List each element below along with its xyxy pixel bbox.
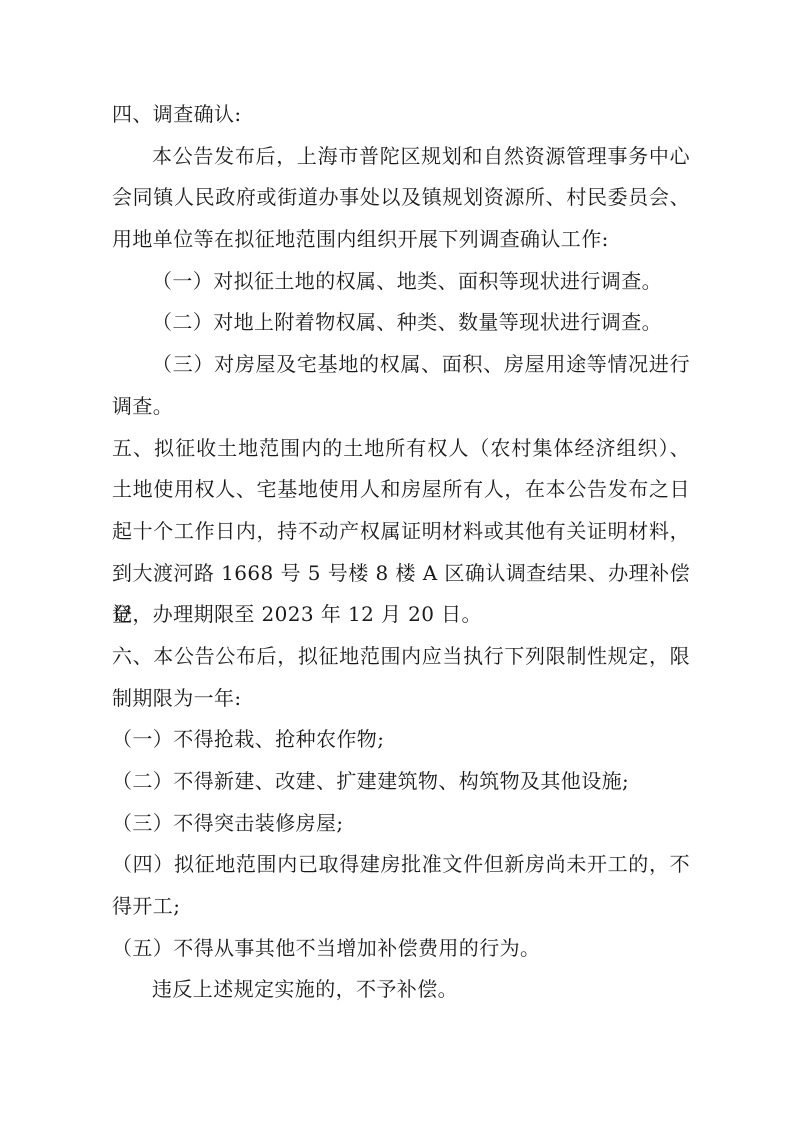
document-line: 调查。 <box>112 386 690 428</box>
section-4-item-2: （二）对地上附着物权属、种类、数量等现状进行调查。 <box>112 302 690 344</box>
closing-statement: 违反上述规定实施的，不予补偿。 <box>112 969 690 1011</box>
document-body: 四、调查确认: 本公告发布后，上海市普陀区规划和自然资源管理事务中心 会同镇人民… <box>112 94 690 1011</box>
section-4-heading: 四、调查确认: <box>112 94 690 136</box>
section-4-item-1: （一）对拟征土地的权属、地类、面积等现状进行调查。 <box>112 261 690 303</box>
section-6-item-1: （一）不得抢栽、抢种农作物; <box>112 719 690 761</box>
section-6-item-3: （三）不得突击装修房屋; <box>112 803 690 845</box>
section-5-heading: 五、拟征收土地范围内的土地所有权人（农村集体经济组织）、 <box>112 428 690 470</box>
document-line: 用地单位等在拟征地范围内组织开展下列调查确认工作: <box>112 219 690 261</box>
document-line: 本公告发布后，上海市普陀区规划和自然资源管理事务中心 <box>112 136 690 178</box>
section-6-heading: 六、本公告公布后，拟征地范围内应当执行下列限制性规定，限 <box>112 636 690 678</box>
document-line: 到大渡河路 1668 号 5 号楼 8 楼 A 区确认调查结果、办理补偿登 <box>112 553 690 595</box>
document-line: 起十个工作日内，持不动产权属证明材料或其他有关证明材料， <box>112 511 690 553</box>
section-6-item-5: （五）不得从事其他不当增加补偿费用的行为。 <box>112 928 690 970</box>
document-page: 四、调查确认: 本公告发布后，上海市普陀区规划和自然资源管理事务中心 会同镇人民… <box>0 0 794 1123</box>
section-6-item-4: （四）拟征地范围内已取得建房批准文件但新房尚未开工的，不 <box>112 844 690 886</box>
document-line: 得开工; <box>112 886 690 928</box>
document-line: 土地使用权人、宅基地使用人和房屋所有人，在本公告发布之日 <box>112 469 690 511</box>
section-4-item-3: （三）对房屋及宅基地的权属、面积、房屋用途等情况进行 <box>112 344 690 386</box>
document-line: 会同镇人民政府或街道办事处以及镇规划资源所、村民委员会、 <box>112 177 690 219</box>
document-line: 制期限为一年: <box>112 678 690 720</box>
section-6-item-2: （二）不得新建、改建、扩建建筑物、构筑物及其他设施; <box>112 761 690 803</box>
document-line: 记，办理期限至 2023 年 12 月 20 日。 <box>112 594 690 636</box>
